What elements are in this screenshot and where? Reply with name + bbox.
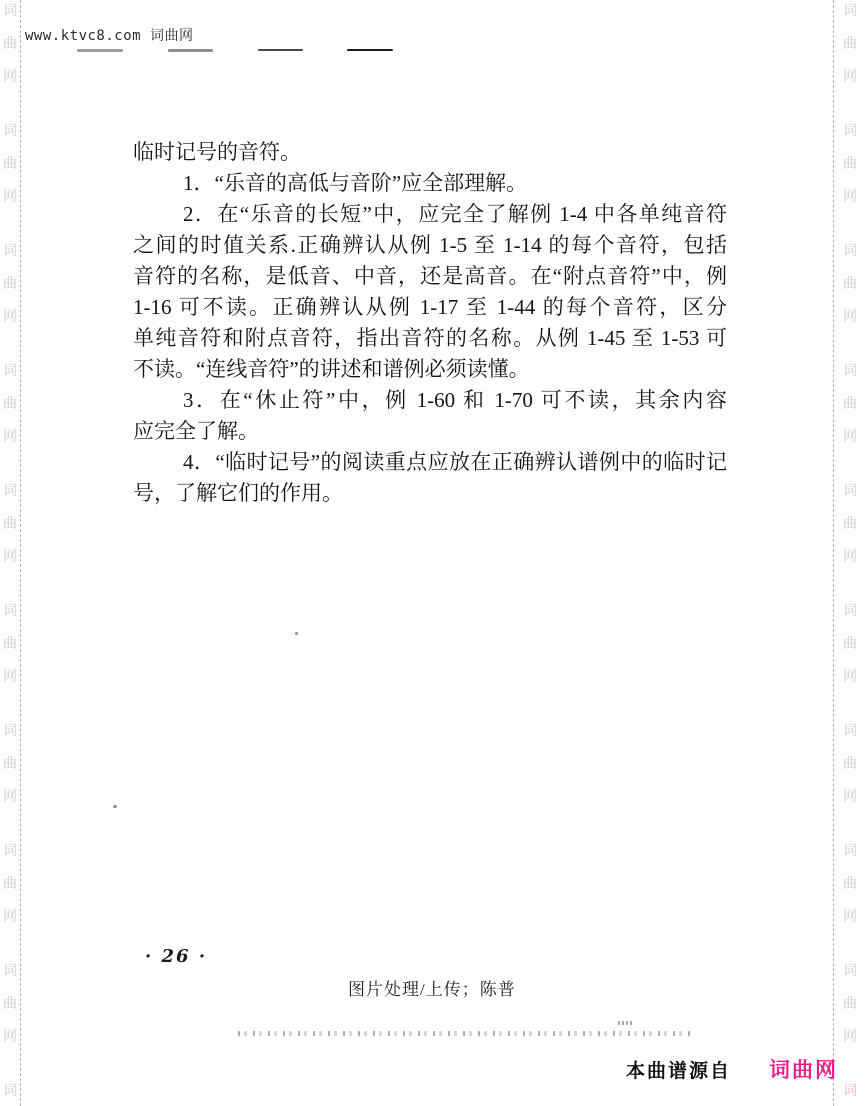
side-watermark-char: 网 <box>842 1029 858 1044</box>
side-watermark-char: 词 <box>842 3 858 18</box>
side-watermark-char: 词 <box>842 843 858 858</box>
scan-dash <box>258 49 303 51</box>
side-watermark-char: 曲 <box>842 876 858 891</box>
side-watermark-char: 网 <box>842 309 858 324</box>
side-watermark-char: 曲 <box>842 636 858 651</box>
side-watermark-char: 曲 <box>2 636 18 651</box>
side-watermark-char: 网 <box>842 189 858 204</box>
side-watermark-char: 网 <box>2 909 18 924</box>
site-url-watermark: www.ktvc8.com 词曲网 <box>25 25 194 45</box>
side-watermark-char: 曲 <box>842 516 858 531</box>
body-line: 音符的名称，是低音、中音，还是高音。在“附点音符”中，例 <box>133 261 727 292</box>
body-line: 之间的时值关系.正确辨认从例 1-5 至 1-14 的每个音符，包括 <box>133 230 727 261</box>
side-watermark-char: 词 <box>842 1083 858 1098</box>
body-text: 临时记号的音符。1．“乐音的高低与音阶”应全部理解。2．在“乐音的长短”中，应完… <box>133 137 727 509</box>
side-watermark-char: 曲 <box>2 156 18 171</box>
side-watermark-char: 网 <box>2 1029 18 1044</box>
side-watermark-char: 曲 <box>842 276 858 291</box>
side-watermark-char: 词 <box>2 3 18 18</box>
side-watermark-char: 词 <box>2 123 18 138</box>
side-watermark-char: 词 <box>2 843 18 858</box>
side-watermark-char: 曲 <box>2 36 18 51</box>
side-watermark-char: 词 <box>842 723 858 738</box>
scan-speck <box>113 805 117 808</box>
scan-artifact-mark <box>618 1021 632 1025</box>
side-watermark-char: 词 <box>2 363 18 378</box>
body-line: 1．“乐音的高低与音阶”应全部理解。 <box>133 168 727 199</box>
scan-artifact-line <box>238 1031 693 1036</box>
side-watermark-char: 曲 <box>2 876 18 891</box>
side-watermark-char: 网 <box>2 669 18 684</box>
upload-credit: 图片处理/上传；陈普 <box>348 975 516 1000</box>
side-watermark-char: 曲 <box>842 156 858 171</box>
side-watermark-char: 曲 <box>2 516 18 531</box>
side-watermark-char: 网 <box>2 789 18 804</box>
side-watermark-char: 网 <box>842 549 858 564</box>
scan-speck <box>295 632 298 635</box>
side-watermark-char: 词 <box>842 123 858 138</box>
body-line: 号，了解它们的作用。 <box>133 478 727 509</box>
side-watermark-char: 曲 <box>842 36 858 51</box>
side-watermark-char: 词 <box>842 483 858 498</box>
body-line: 应完全了解。 <box>133 416 727 447</box>
body-line: 3．在“休止符”中，例 1-60 和 1-70 可不读，其余内容 <box>133 385 727 416</box>
side-watermark-char: 网 <box>842 789 858 804</box>
left-watermark-column: 词曲网词曲网词曲网词曲网词曲网词曲网词曲网词曲网词曲网词 <box>2 0 20 1106</box>
side-watermark-char: 词 <box>2 963 18 978</box>
side-watermark-char: 网 <box>2 309 18 324</box>
side-watermark-char: 词 <box>842 603 858 618</box>
side-watermark-char: 曲 <box>842 396 858 411</box>
body-line: 2．在“乐音的长短”中，应完全了解例 1-4 中各单纯音符 <box>133 199 727 230</box>
side-watermark-char: 网 <box>2 69 18 84</box>
side-watermark-char: 词 <box>842 363 858 378</box>
side-watermark-char: 词 <box>2 603 18 618</box>
side-watermark-char: 词 <box>2 243 18 258</box>
body-line: 临时记号的音符。 <box>133 137 727 168</box>
page-number: · 26 · <box>145 946 207 967</box>
side-watermark-char: 词 <box>2 1083 18 1098</box>
side-watermark-char: 曲 <box>2 396 18 411</box>
side-watermark-char: 词 <box>842 243 858 258</box>
side-watermark-char: 网 <box>842 429 858 444</box>
side-watermark-char: 词 <box>842 963 858 978</box>
side-watermark-char: 曲 <box>842 996 858 1011</box>
right-dotted-rule <box>833 0 834 1106</box>
side-watermark-char: 网 <box>2 549 18 564</box>
footer-source-label: 本曲谱源自 <box>626 1056 731 1083</box>
side-watermark-char: 网 <box>842 669 858 684</box>
side-watermark-char: 网 <box>842 909 858 924</box>
side-watermark-char: 网 <box>842 69 858 84</box>
side-watermark-char: 词 <box>2 483 18 498</box>
left-dotted-rule <box>20 0 21 1106</box>
side-watermark-char: 网 <box>2 189 18 204</box>
body-line: 单纯音符和附点音符，指出音符的名称。从例 1-45 至 1-53 可 <box>133 323 727 354</box>
scan-dash <box>168 49 213 52</box>
body-line: 1-16 可不读。正确辨认从例 1-17 至 1-44 的每个音符，区分 <box>133 292 727 323</box>
body-line: 不读。“连线音符”的讲述和谱例必须读懂。 <box>133 354 727 385</box>
side-watermark-char: 曲 <box>2 996 18 1011</box>
side-watermark-char: 曲 <box>2 756 18 771</box>
side-watermark-char: 曲 <box>2 276 18 291</box>
brand-logo: 词曲网 <box>769 1054 838 1084</box>
scan-dash <box>77 49 123 52</box>
side-watermark-char: 词 <box>2 723 18 738</box>
right-watermark-column: 词曲网词曲网词曲网词曲网词曲网词曲网词曲网词曲网词曲网词 <box>842 0 860 1106</box>
scan-dash <box>347 49 393 51</box>
scanned-book-page: 词曲网词曲网词曲网词曲网词曲网词曲网词曲网词曲网词曲网词 词曲网词曲网词曲网词曲… <box>0 0 866 1106</box>
side-watermark-char: 曲 <box>842 756 858 771</box>
body-line: 4．“临时记号”的阅读重点应放在正确辨认谱例中的临时记 <box>133 447 727 478</box>
side-watermark-char: 网 <box>2 429 18 444</box>
